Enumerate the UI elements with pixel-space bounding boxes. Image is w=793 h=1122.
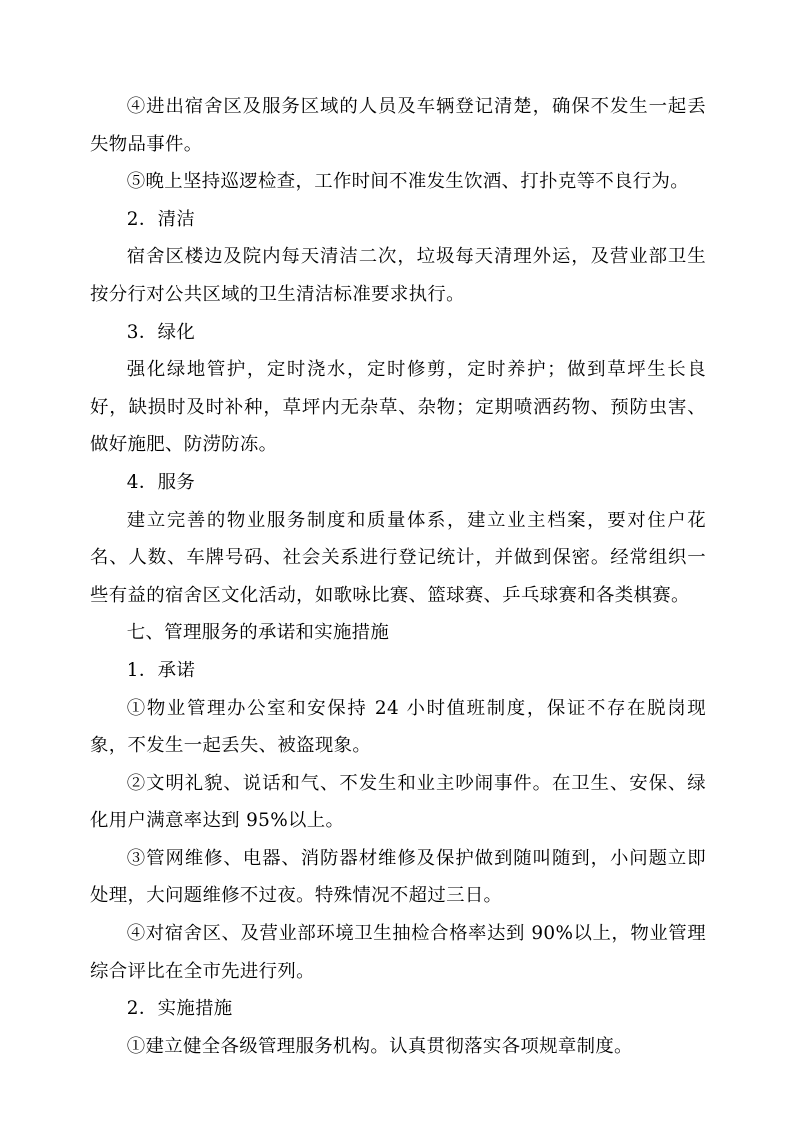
heading-greening: 3．绿化 [90,314,706,352]
paragraph-greening: 强化绿地管护，定时浇水，定时修剪，定时养护；做到草坪生长良好，缺损时及时补种，草… [90,351,706,464]
heading-commitments: 1．承诺 [90,652,706,690]
paragraph-registration: ④进出宿舍区及服务区域的人员及车辆登记清楚，确保不发生一起丢失物品事件。 [90,88,706,163]
heading-implementation-measures: 2．实施措施 [90,990,706,1028]
paragraph-commitment-4: ④对宿舍区、及营业部环境卫生抽检合格率达到 90%以上，物业管理综合评比在全市先… [90,915,706,990]
section-heading-commitments-measures: 七、管理服务的承诺和实施措施 [90,614,706,652]
heading-service: 4．服务 [90,464,706,502]
paragraph-night-patrol: ⑤晚上坚持巡逻检查，工作时间不准发生饮酒、打扑克等不良行为。 [90,163,706,201]
document-page: ④进出宿舍区及服务区域的人员及车辆登记清楚，确保不发生一起丢失物品事件。 ⑤晚上… [90,88,706,1065]
heading-cleaning: 2．清洁 [90,201,706,239]
paragraph-commitment-3: ③管网维修、电器、消防器材维修及保护做到随叫随到，小问题立即处理，大问题维修不过… [90,840,706,915]
paragraph-cleaning: 宿舍区楼边及院内每天清洁二次，垃圾每天清理外运，及营业部卫生按分行对公共区域的卫… [90,238,706,313]
paragraph-commitment-1: ①物业管理办公室和安保持 24 小时值班制度，保证不存在脱岗现象，不发生一起丢失… [90,690,706,765]
paragraph-service: 建立完善的物业服务制度和质量体系，建立业主档案，要对住户花名、人数、车牌号码、社… [90,502,706,615]
paragraph-measure-1: ①建立健全各级管理服务机构。认真贯彻落实各项规章制度。 [90,1028,706,1066]
paragraph-commitment-2: ②文明礼貌、说话和气、不发生和业主吵闹事件。在卫生、安保、绿化用户满意率达到 9… [90,765,706,840]
